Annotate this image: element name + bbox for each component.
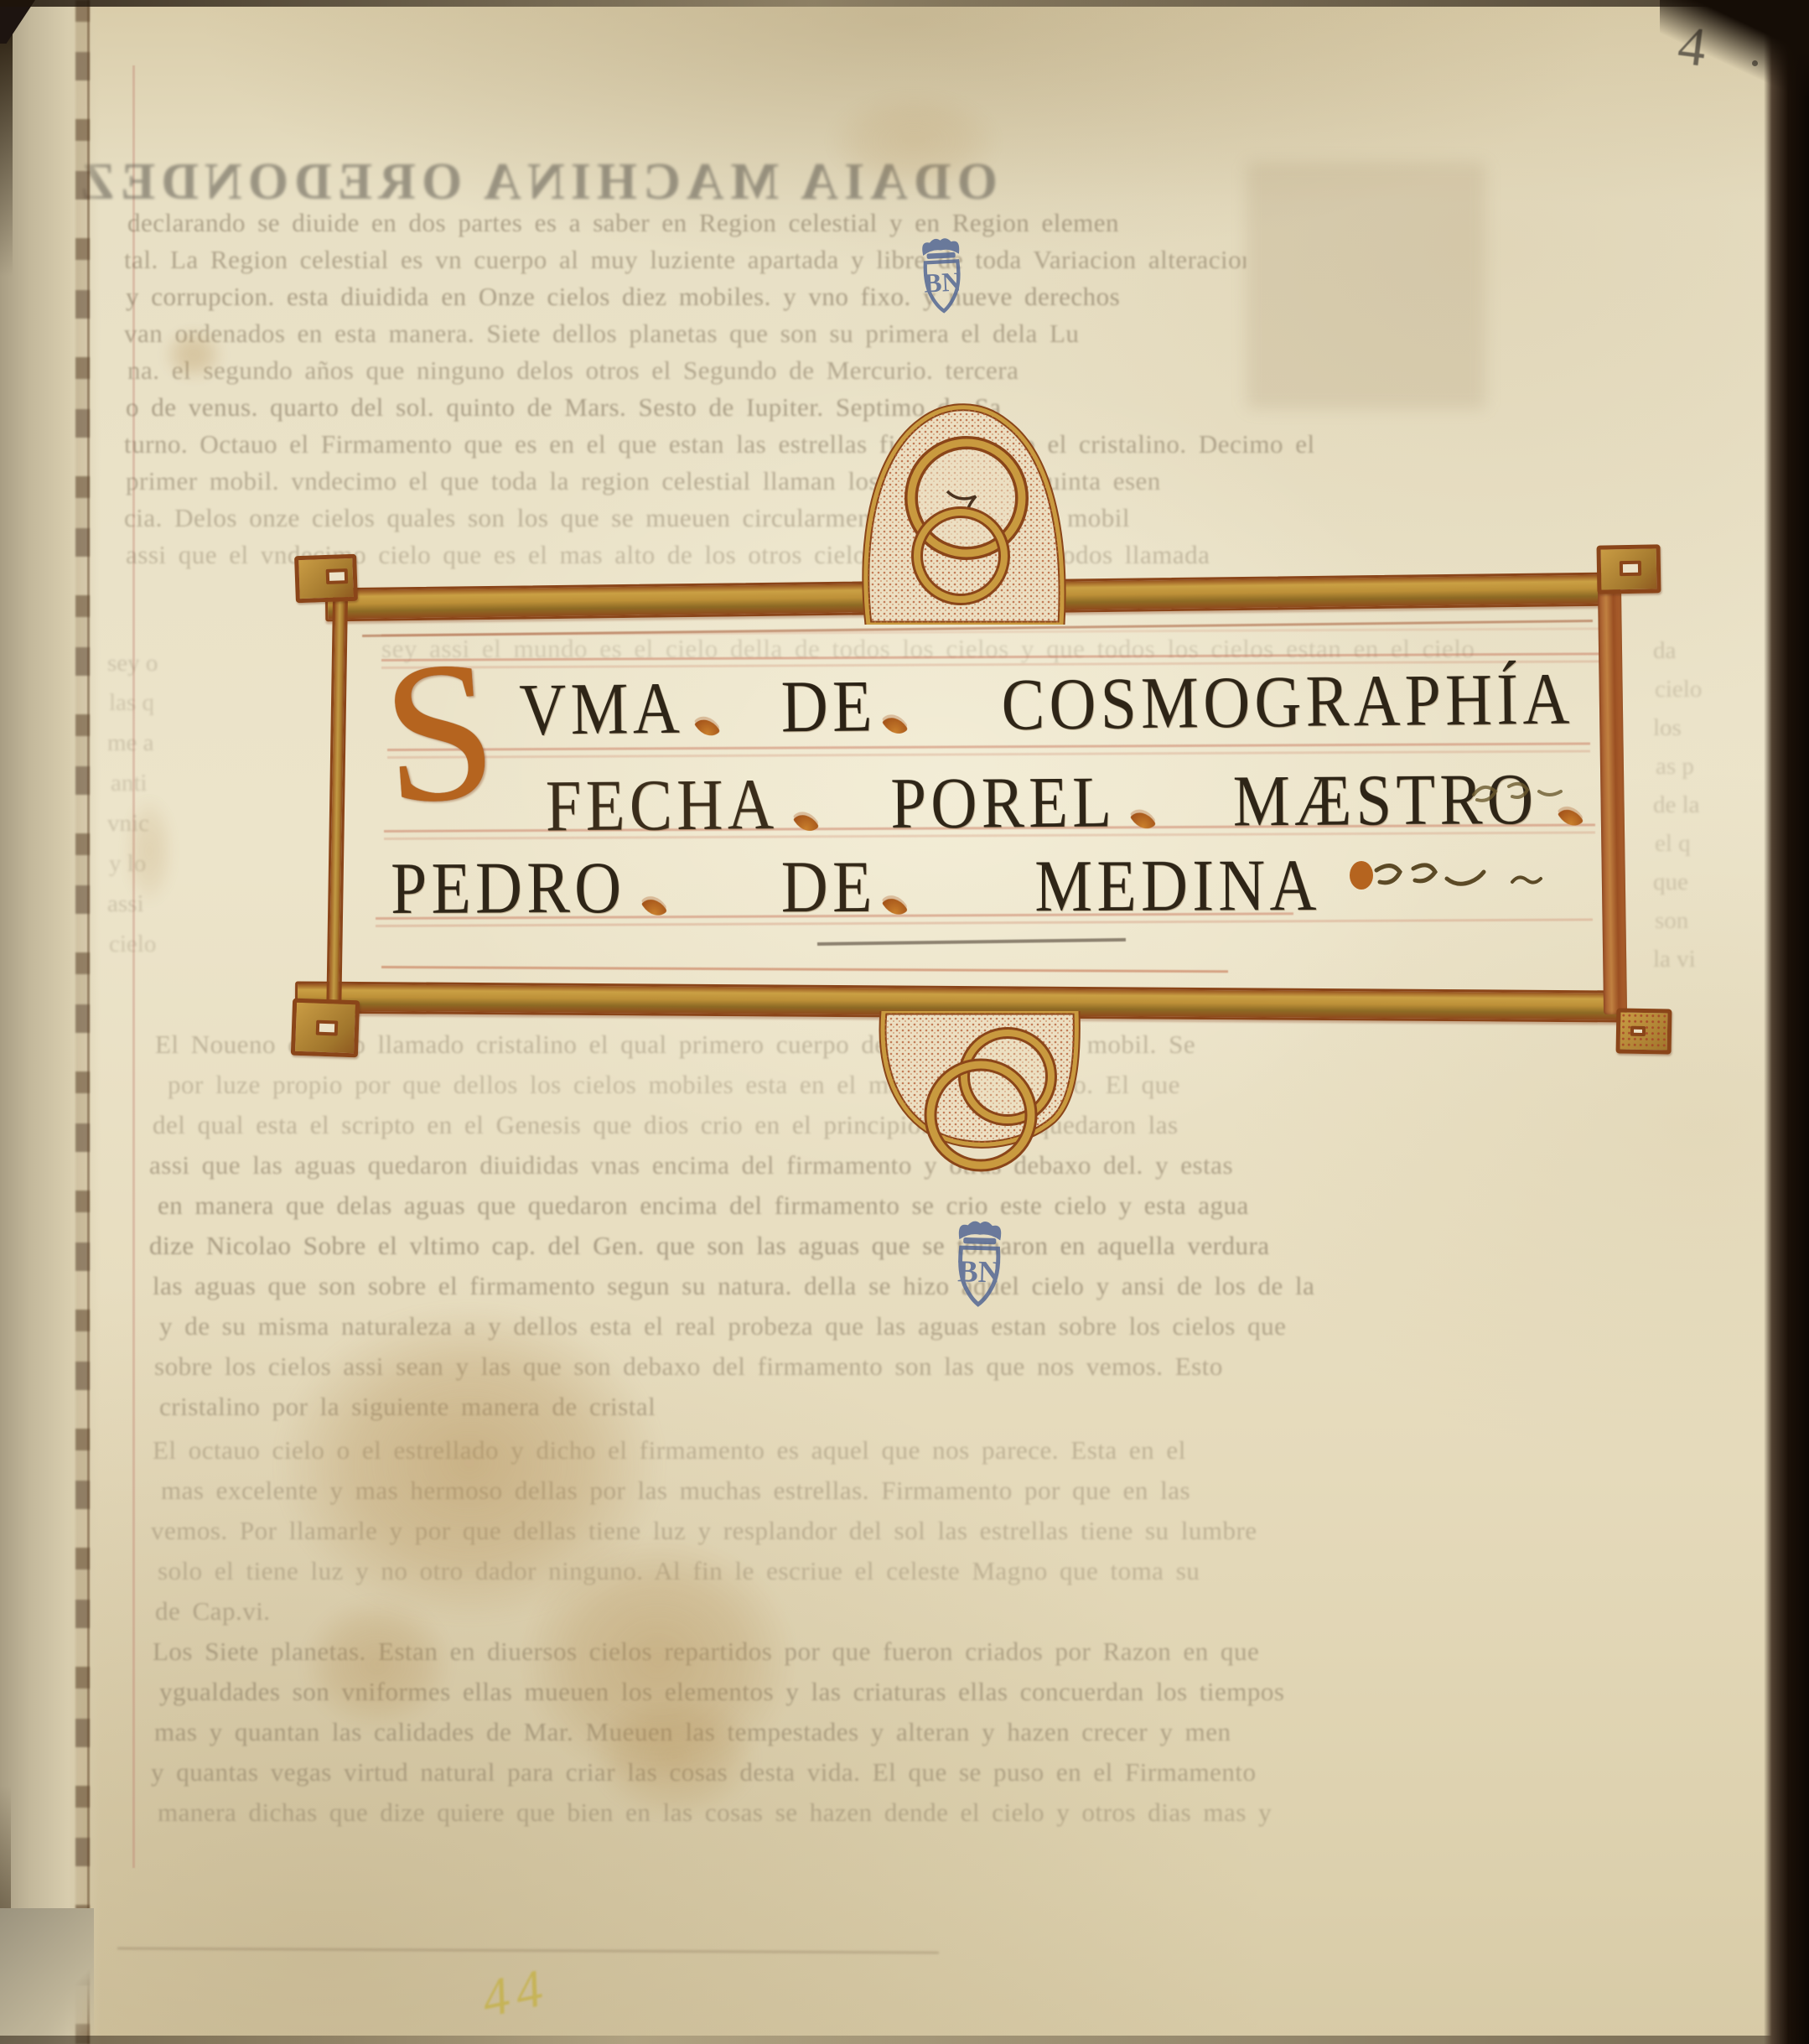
- title-line-3: PEDRODEMEDINA: [375, 843, 1340, 931]
- bn-library-stamp-bottom: BN: [946, 1217, 1012, 1315]
- leaf-separator-icon: [695, 713, 721, 744]
- bn-library-stamp-top: BN: [913, 231, 971, 323]
- leaf-separator-icon: [793, 807, 819, 838]
- title-word: FECHA: [546, 761, 779, 848]
- leaf-separator-icon: [641, 892, 667, 923]
- stamp-letters: BN: [957, 1253, 1001, 1289]
- title-word: DE: [780, 845, 876, 930]
- manuscript-page: ODAIA MACHINA OREDONDEZ declarando se di…: [0, 0, 1809, 2044]
- title-word: VMA: [519, 667, 685, 753]
- calligraphic-flourish: [1348, 853, 1558, 907]
- leaf-separator-icon: [1131, 805, 1157, 836]
- title-word: COSMOGRAPHÍA: [1001, 657, 1574, 748]
- scan-corner-top-right: [1660, 0, 1809, 96]
- page-edge-top: [0, 0, 1809, 7]
- title-word: DE: [780, 664, 877, 750]
- title-line-1: VMADECOSMOGRAPHÍA: [508, 656, 1614, 753]
- scan-corner-bottom-left: [0, 1908, 94, 2044]
- stamp-letters: BN: [923, 266, 962, 298]
- title-word: MEDINA: [1034, 843, 1321, 929]
- leaf-separator-icon: [883, 710, 909, 741]
- title-word: PEDRO: [391, 846, 626, 931]
- binding-seam-line: [87, 0, 90, 2044]
- title-block: S VMADECOSMOGRAPHÍA FECHAPORELMÆSTRO PED…: [0, 0, 1809, 2044]
- title-word: POREL: [890, 759, 1117, 845]
- page-edge-right: [1764, 0, 1809, 2044]
- decorated-initial-S: S: [379, 657, 500, 808]
- leaf-separator-icon: [882, 891, 908, 922]
- title-line-2: FECHAPORELMÆSTRO: [530, 756, 1580, 848]
- leaf-separator-icon: [1558, 802, 1584, 833]
- leaf-tail-flourish: [1469, 771, 1578, 807]
- page-edge-bottom: [0, 2036, 1809, 2044]
